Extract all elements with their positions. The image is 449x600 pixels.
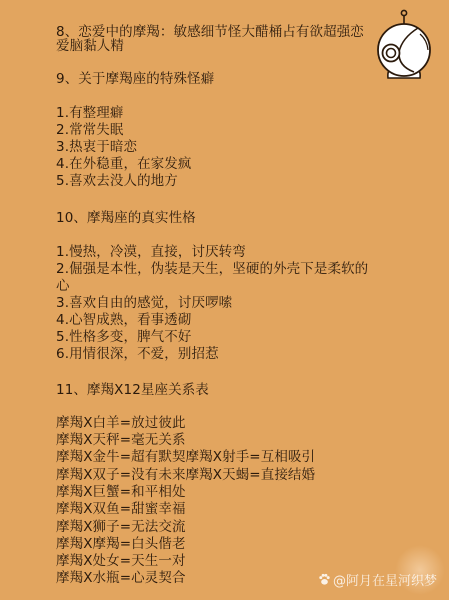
list-item: 3.热衷于暗恋 <box>56 139 137 156</box>
section10-title: 10、摩羯座的真实性格 <box>56 210 196 227</box>
section11-title: 11、摩羯X12星座关系表 <box>56 382 209 399</box>
list-item-continuation: 心 <box>56 278 70 295</box>
relation-row: 摩羯X双子=没有未来摩羯X天蝎=直接结婚 <box>56 467 315 484</box>
list-item: 1.有整理癖 <box>56 105 123 122</box>
list-item: 6.用情很深，不爱，别招惹 <box>56 346 219 363</box>
relation-row: 摩羯X白羊=放过彼此 <box>56 415 186 432</box>
list-item: 2.常常失眠 <box>56 122 123 139</box>
section9-title: 9、关于摩羯座的特殊怪癖 <box>56 71 214 88</box>
relation-row: 摩羯X水瓶=心灵契合 <box>56 570 186 587</box>
list-item: 4.在外稳重，在家发疯 <box>56 156 191 173</box>
list-item: 1.慢热，冷漠，直接，讨厌转弯 <box>56 244 246 261</box>
relation-row: 摩羯X金牛=超有默契摩羯X射手=互相吸引 <box>56 449 315 466</box>
relation-row: 摩羯X狮子=无法交流 <box>56 519 186 536</box>
list-item: 2.倔强是本性，伪装是天生，坚硬的外壳下是柔软的 <box>56 261 368 278</box>
list-item: 3.喜欢自由的感觉，讨厌啰嗦 <box>56 295 232 312</box>
relation-row: 摩羯X双鱼=甜蜜幸福 <box>56 501 186 518</box>
list-item: 4.心智成熟，看事透砌 <box>56 312 191 329</box>
relation-row: 摩羯X天秤=毫无关系 <box>56 432 186 449</box>
relation-row: 摩羯X巨蟹=和平相处 <box>56 484 186 501</box>
relation-row: 摩羯X摩羯=白头偕老 <box>56 536 186 553</box>
paw-icon <box>318 573 331 586</box>
watermark: @阿月在星河织梦 <box>318 570 437 589</box>
list-item: 5.喜欢去没人的地方 <box>56 173 178 190</box>
article-page: 8、恋爱中的摩羯：敏感细节怪大醋桶占有欲超强恋 爱脑黏人精 9、关于摩羯座的特殊… <box>0 0 449 600</box>
watermark-text: @阿月在星河织梦 <box>333 570 437 589</box>
relation-row: 摩羯X处女=天生一对 <box>56 553 186 570</box>
section8-line2: 爱脑黏人精 <box>56 38 124 55</box>
astronaut-helmet-icon <box>372 8 434 88</box>
list-item: 5.性格多变，脾气不好 <box>56 329 191 346</box>
